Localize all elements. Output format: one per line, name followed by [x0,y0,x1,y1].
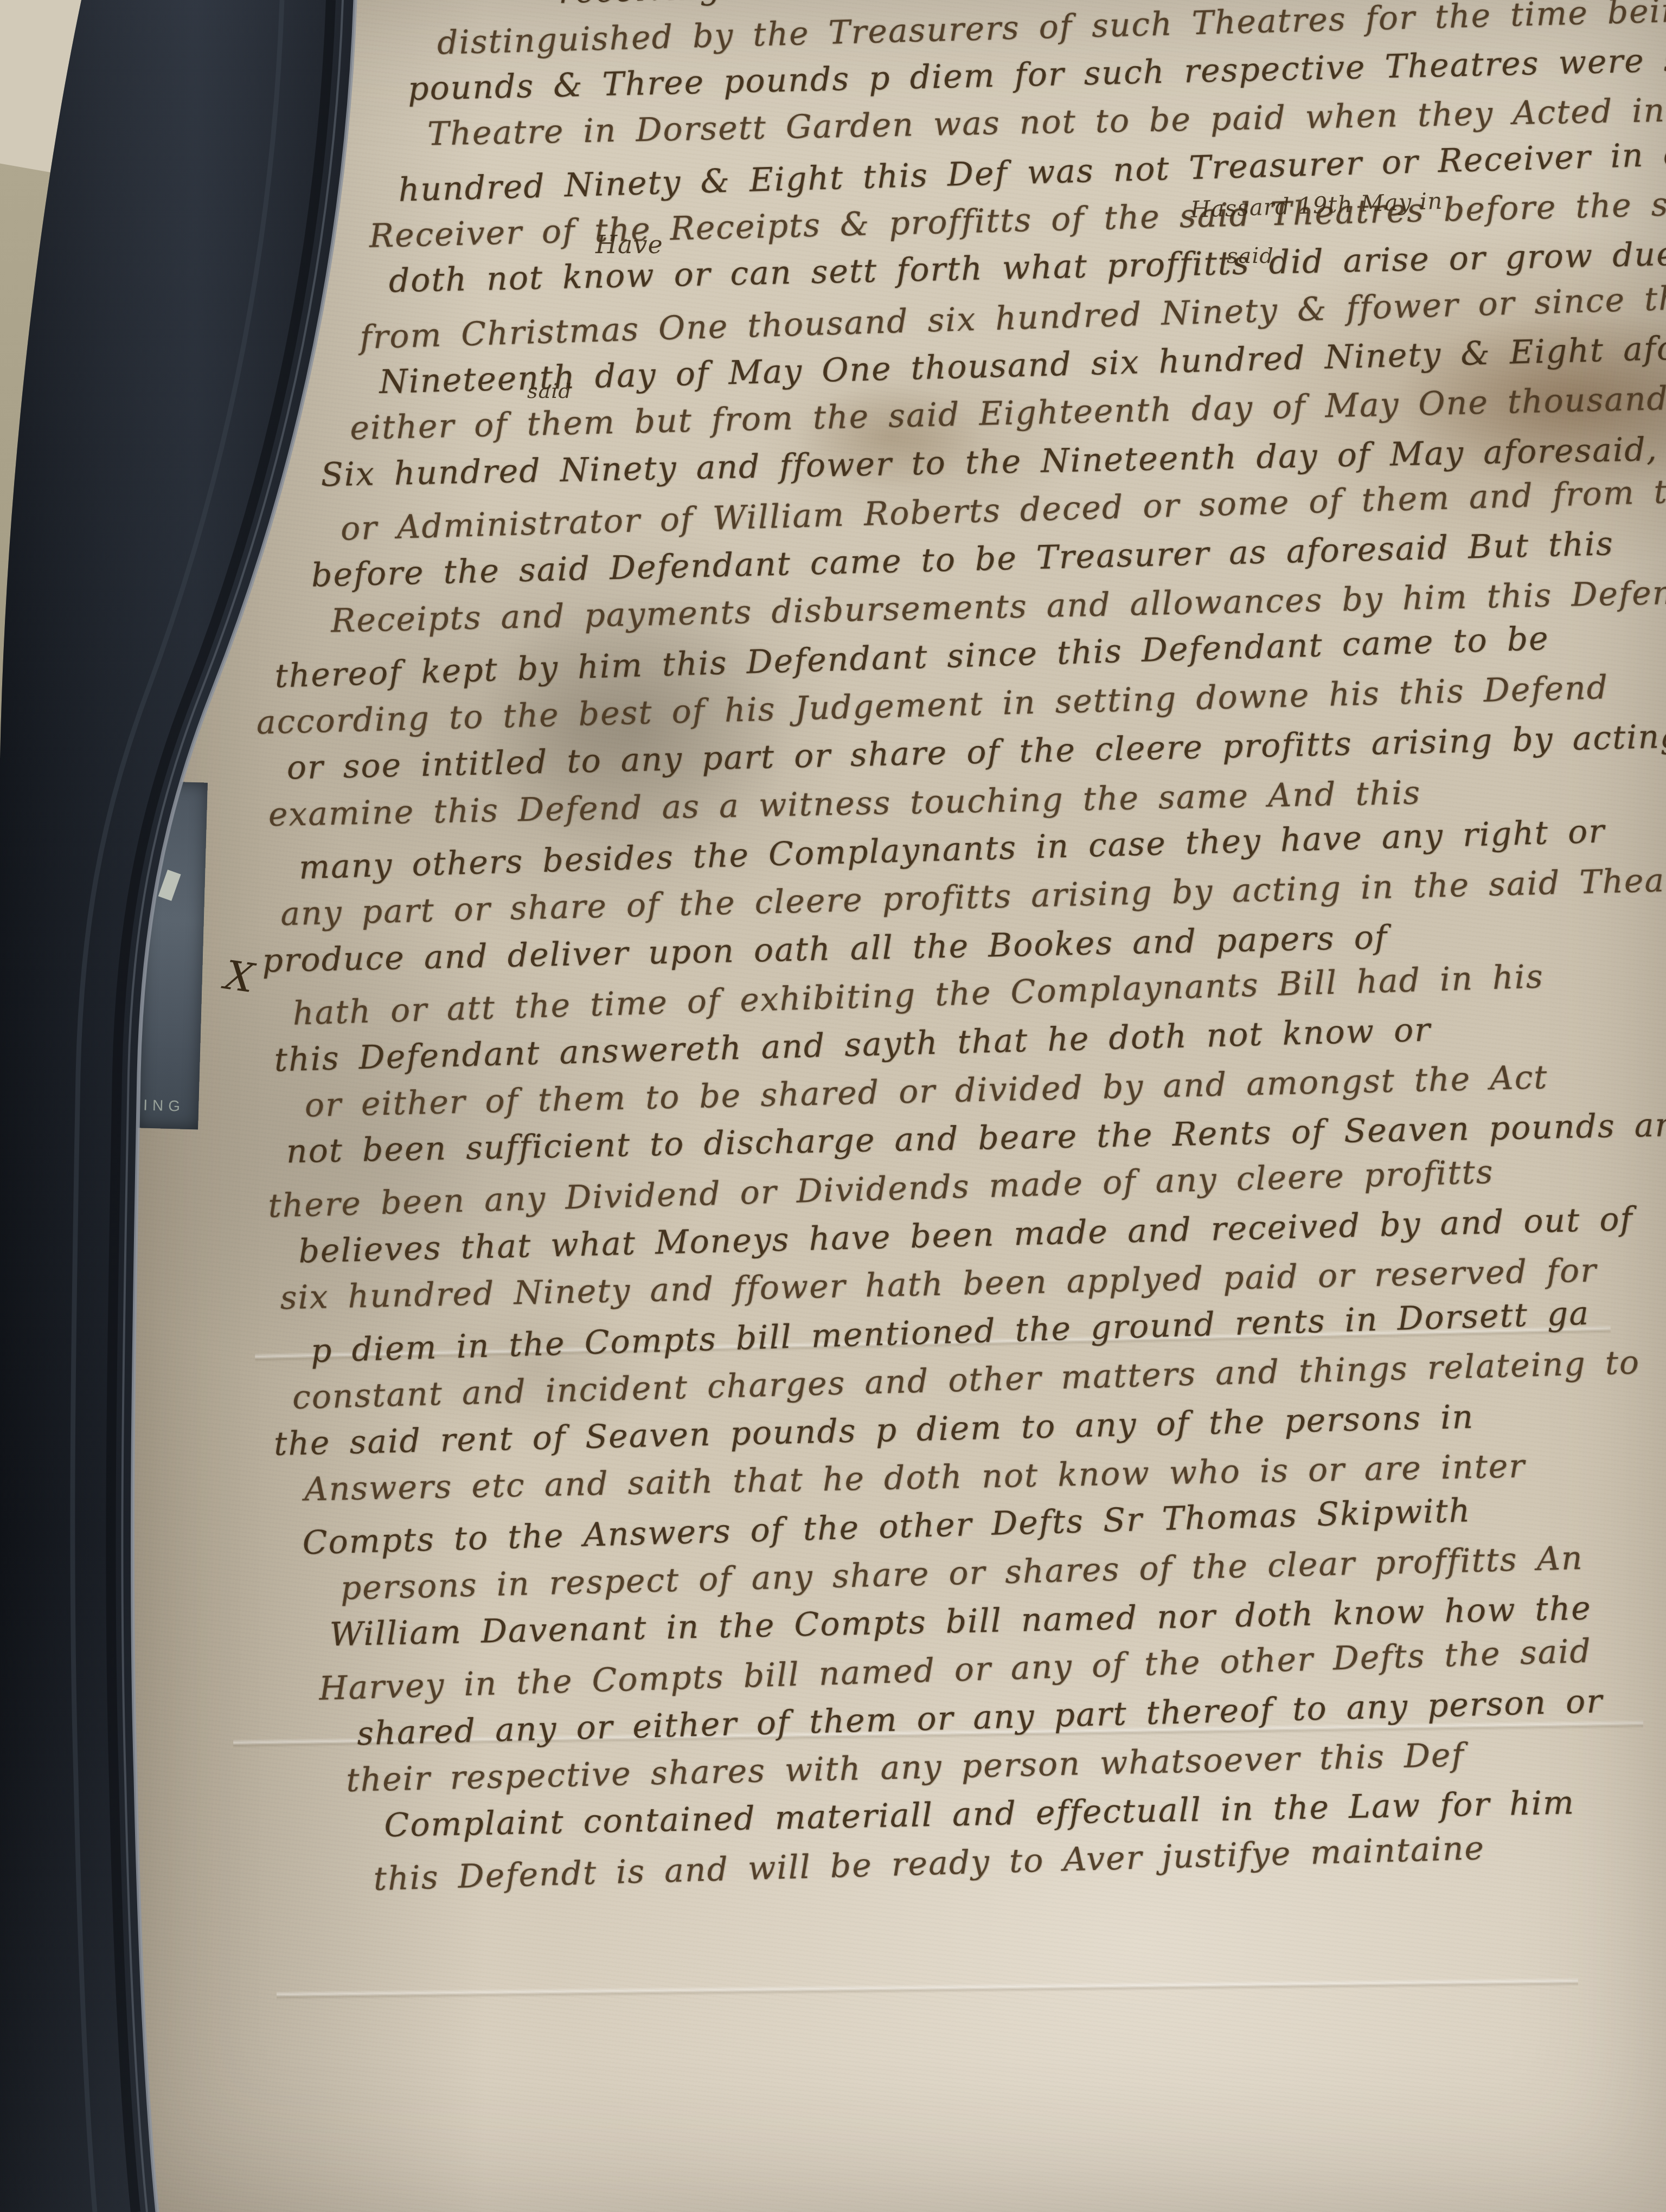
manuscript-photo: receiving in the said Theatres in thedis… [0,0,1666,2212]
leather-spine [0,0,1666,2212]
leather-sheen [0,0,355,2212]
